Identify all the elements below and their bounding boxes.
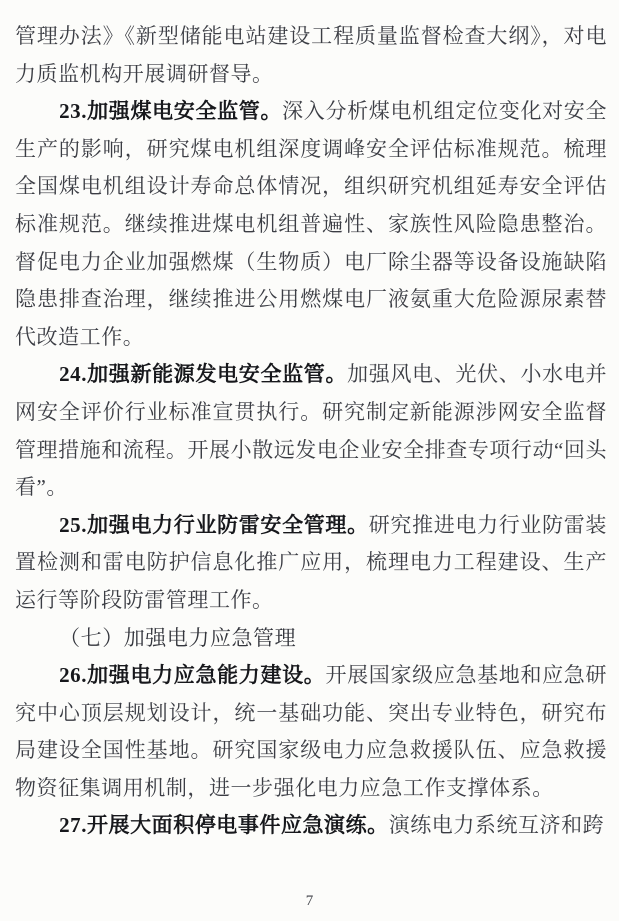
section-heading-text: （七）加强电力应急管理 [59, 626, 296, 650]
paragraph-text: 管理办法》《新型储能电站建设工程质量监督检查大纲》，对电力质监机构开展调研督导。 [15, 24, 607, 86]
paragraph-heading: 27.开展大面积停电事件应急演练。 [59, 813, 389, 837]
document-content: 管理办法》《新型储能电站建设工程质量监督检查大纲》，对电力质监机构开展调研督导。… [15, 18, 607, 845]
paragraph-heading: 25.加强电力行业防雷安全管理。 [59, 513, 369, 537]
document-page: 管理办法》《新型储能电站建设工程质量监督检查大纲》，对电力质监机构开展调研督导。… [0, 0, 619, 921]
paragraph-item-25: 25.加强电力行业防雷安全管理。研究推进电力行业防雷装置检测和雷电防护信息化推广… [15, 507, 607, 620]
paragraph-item-23: 23.加强煤电安全监管。深入分析煤电机组定位变化对安全生产的影响，研究煤电机组深… [15, 93, 607, 356]
paragraph-text: 深入分析煤电机组定位变化对安全生产的影响，研究煤电机组深度调峰安全评估标准规范。… [15, 99, 607, 349]
paragraph-heading: 24.加强新能源发电安全监管。 [59, 362, 347, 386]
paragraph-item-24: 24.加强新能源发电安全监管。加强风电、光伏、小水电并网安全评价行业标准宣贯执行… [15, 356, 607, 506]
paragraph-text: 演练电力系统互济和跨 [389, 813, 605, 837]
paragraph-heading: 23.加强煤电安全监管。 [59, 99, 282, 123]
paragraph-heading: 26.加强电力应急能力建设。 [59, 663, 325, 687]
paragraph-item-26: 26.加强电力应急能力建设。开展国家级应急基地和应急研究中心顶层规划设计，统一基… [15, 657, 607, 807]
section-heading-7: （七）加强电力应急管理 [15, 620, 607, 658]
page-number: 7 [0, 893, 619, 910]
paragraph-continuation: 管理办法》《新型储能电站建设工程质量监督检查大纲》，对电力质监机构开展调研督导。 [15, 18, 607, 93]
paragraph-item-27: 27.开展大面积停电事件应急演练。演练电力系统互济和跨 [15, 807, 607, 845]
